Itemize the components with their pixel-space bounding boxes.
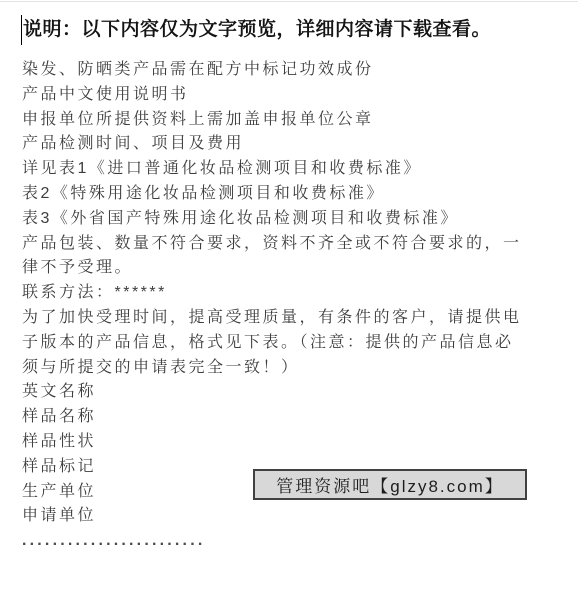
text-line: 申报单位所提供资料上需加盖申报单位公章 [22,108,578,133]
text-line: 样品名称 [22,405,578,430]
text-line: 律不予受理。 [22,256,578,281]
top-divider [0,1,578,2]
watermark-stamp: 管理资源吧【glzy8.com】 [253,469,527,500]
text-line: 申请单位 [22,504,578,529]
text-line: 产品检测时间、项目及费用 [22,132,578,157]
text-line: 表3《外省国产特殊用途化妆品检测项目和收费标准》 [22,207,578,232]
text-line: 须与所提交的申请表完全一致！） [22,356,578,381]
text-line: 表2《特殊用途化妆品检测项目和收费标准》 [22,182,578,207]
text-cursor [21,15,22,45]
text-line: 详见表1《进口普通化妆品检测项目和收费标准》 [22,157,578,182]
text-line: 染发、防晒类产品需在配方中标记功效成份 [22,58,578,83]
text-line: 样品性状 [22,430,578,455]
document-preview-page: 说明：以下内容仅为文字预览，详细内容请下载查看。 染发、防晒类产品需在配方中标记… [0,0,578,600]
text-line: 产品包装、数量不符合要求，资料不齐全或不符合要求的，一 [22,232,578,257]
preview-notice-header: 说明：以下内容仅为文字预览，详细内容请下载查看。 [23,14,491,46]
watermark-text: 管理资源吧【glzy8.com】 [276,472,504,497]
text-line: 产品中文使用说明书 [22,83,578,108]
text-line: 英文名称 [22,380,578,405]
dotted-line: ........................ [22,529,578,554]
text-line: 联系方法：****** [22,281,578,306]
text-line: 子版本的产品信息，格式见下表。（注意：提供的产品信息必 [22,331,578,356]
text-line: 为了加快受理时间，提高受理质量，有条件的客户，请提供电 [22,306,578,331]
